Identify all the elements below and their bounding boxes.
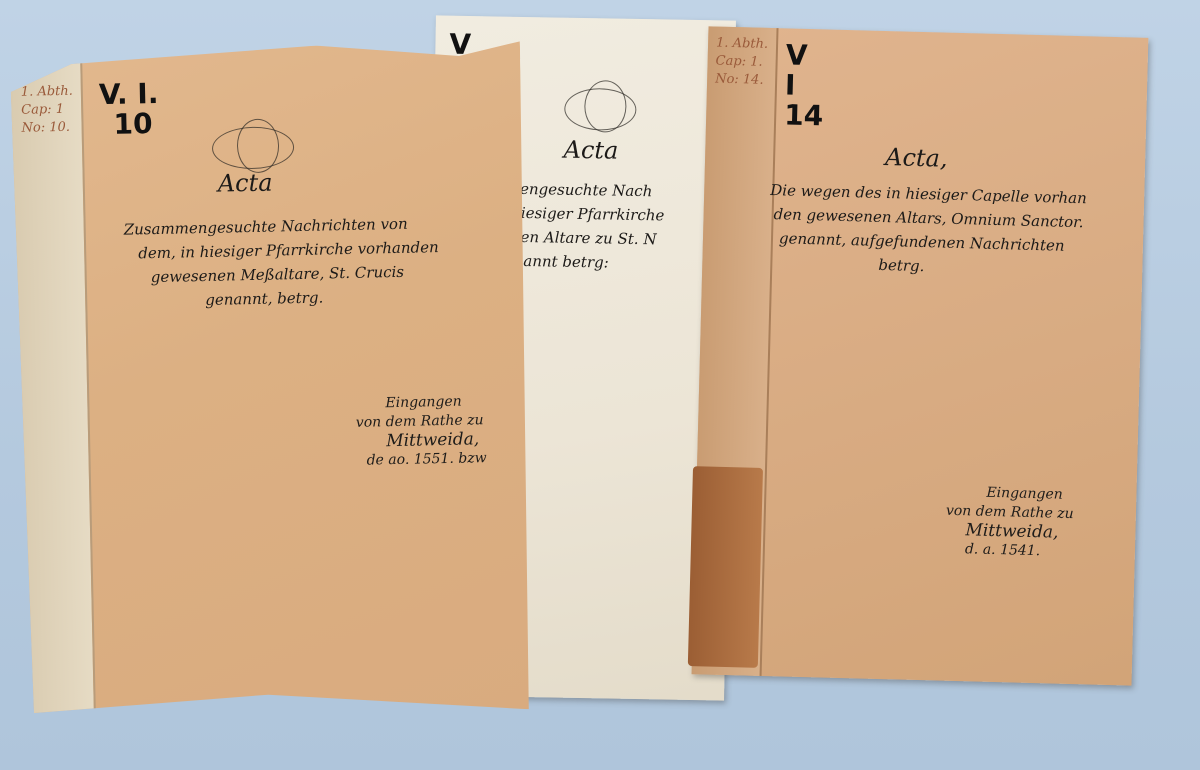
document-title: Zusammengesuchte Nachrichten von dem, in… bbox=[123, 210, 505, 314]
spine-note: 1. Abth. Cap: 1. No: 14. bbox=[715, 35, 768, 90]
spine-note: 1. Abth. Cap: 1 No: 10. bbox=[21, 83, 74, 138]
archive-signature: V I 14 bbox=[784, 40, 825, 131]
heading-acta: Acta bbox=[563, 136, 618, 165]
document-title: Die wegen des in hiesiger Capelle vorhan… bbox=[768, 178, 1140, 284]
receipt-note: Eingangen von dem Rathe zu Mittweida, de… bbox=[355, 392, 487, 471]
archive-signature: V. I. 10 bbox=[99, 79, 160, 140]
heading-acta: Acta, bbox=[885, 143, 948, 173]
receipt-note: Eingangen von dem Rathe zu Mittweida, d.… bbox=[945, 483, 1075, 562]
document-left: 1. Abth. Cap: 1 No: 10. V. I. 10 Acta Zu… bbox=[10, 41, 534, 720]
dark-stain bbox=[688, 466, 763, 668]
heading-acta: Acta bbox=[218, 169, 273, 198]
document-right: 1. Abth. Cap: 1. No: 14. V I 14 Acta, Di… bbox=[692, 26, 1149, 685]
